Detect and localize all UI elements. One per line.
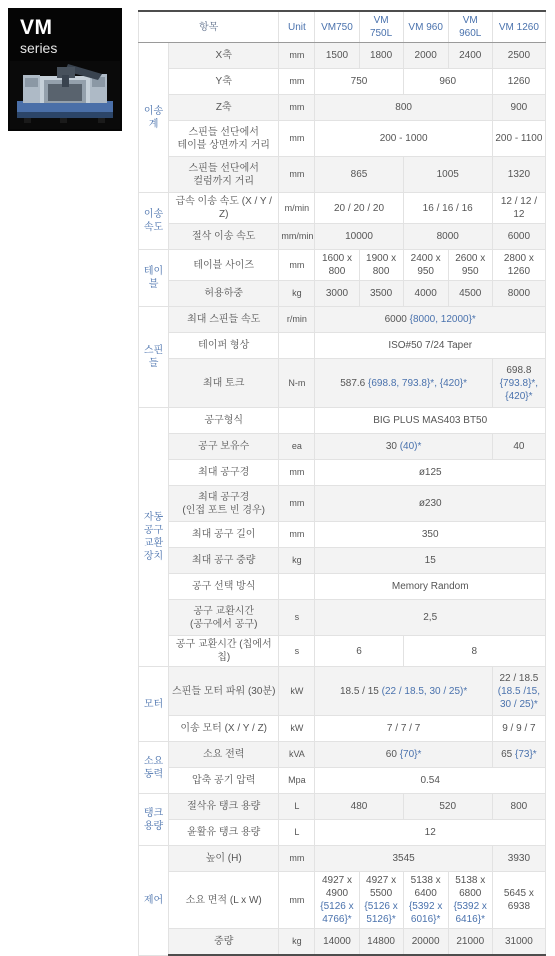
spec-value: 60 {70}* [315,742,492,768]
optional-value: {8000, 12000}* [410,314,476,325]
spec-unit: mm [279,460,315,486]
spec-row: 최대 공구경mmø125 [139,460,546,486]
spec-row: 스핀들 선단에서 테이블 상면까지 거리mm200 - 1000200 - 11… [139,121,546,157]
spec-value: 20000 [403,929,448,956]
spec-value: 2800 x 1260 [492,250,545,281]
machine-photo [10,61,120,129]
optional-value: {5126 x 5126}* [364,901,397,925]
spec-value: 30 (40)* [315,434,492,460]
spec-item-label: 절삭유 탱크 용량 [169,794,279,820]
spec-unit [279,408,315,434]
optional-value: {73}* [515,749,537,760]
spec-row: Y축mm7509601260 [139,69,546,95]
spec-value: 4000 [403,281,448,307]
spec-value: ø125 [315,460,546,486]
spec-value: 2600 x 950 [448,250,492,281]
spec-row: 자동공구 교환장치공구형식BIG PLUS MAS403 BT50 [139,408,546,434]
spec-value: 200 - 1000 [315,121,492,157]
spec-row: 공구 교환시간 (칩에서 칩)s68 [139,636,546,667]
spec-value: 10000 [315,224,403,250]
spec-value: 1005 [403,157,492,193]
spec-value: 2500 [492,43,545,69]
spec-item-label: X축 [169,43,279,69]
spec-row: 공구 선택 방식Memory Random [139,574,546,600]
spec-value: 960 [403,69,492,95]
optional-value: {5126 x 4766}* [320,901,353,925]
optional-value: {5392 x 6416}* [454,901,487,925]
spec-item-label: 테이퍼 형상 [169,333,279,359]
spec-value: 0.54 [315,768,546,794]
row-group-label: 모터 [139,667,169,742]
optional-value: (40)* [400,441,422,452]
col-header-model-3: VM 960L [448,11,492,43]
spec-unit: mm [279,43,315,69]
base-value: 5138 x 6400 [411,875,441,899]
spec-item-label: 최대 공구경 [169,460,279,486]
base-value: 30 [386,441,400,452]
spec-header-row: 항목 Unit VM750VM 750LVM 960VM 960LVM 1260 [139,11,546,43]
spec-row: 최대 공구경 (인접 포트 빈 경우)mmø230 [139,486,546,522]
spec-item-label: Z축 [169,95,279,121]
spec-item-label: Y축 [169,69,279,95]
spec-value: 6000 [492,224,545,250]
spec-unit [279,333,315,359]
spec-item-label: 소요 전력 [169,742,279,768]
spec-unit: kW [279,716,315,742]
spec-value: 1800 [359,43,403,69]
spec-value: 4927 x 5500 {5126 x 5126}* [359,872,403,929]
spec-row: 압축 공기 압력Mpa0.54 [139,768,546,794]
spec-item-label: 최대 공구 길이 [169,522,279,548]
spec-unit: mm [279,846,315,872]
spec-value: 1260 [492,69,545,95]
spec-value: 800 [315,95,492,121]
optional-value: {698.8, 793.8}*, {420}* [368,378,467,389]
spec-row: 소요 면적 (L x W)mm4927 x 4900 {5126 x 4766}… [139,872,546,929]
spec-item-label: 스핀들 모터 파워 (30분) [169,667,279,716]
spec-value: 4927 x 4900 {5126 x 4766}* [315,872,359,929]
spec-value: 3545 [315,846,492,872]
spec-value: 3930 [492,846,545,872]
col-header-model-0: VM750 [315,11,359,43]
spec-value: 1600 x 800 [315,250,359,281]
spec-value: 6000 {8000, 12000}* [315,307,546,333]
spec-item-label: 최대 토크 [169,359,279,408]
spec-value: 587.6 {698.8, 793.8}*, {420}* [315,359,492,408]
spec-item-label: 절삭 이송 속도 [169,224,279,250]
spec-value: 800 [492,794,545,820]
base-value: 587.6 [340,378,368,389]
spec-unit: kg [279,548,315,574]
col-header-model-2: VM 960 [403,11,448,43]
spec-value: 5138 x 6800 {5392 x 6416}* [448,872,492,929]
spec-row: 스핀들 선단에서 컬럼까지 거리mm86510051320 [139,157,546,193]
base-value: 65 [501,749,515,760]
spec-table: 항목 Unit VM750VM 750LVM 960VM 960LVM 1260… [138,10,546,956]
spec-value: 21000 [448,929,492,956]
spec-item-label: 중량 [169,929,279,956]
spec-unit: N-m [279,359,315,408]
spec-value: 1320 [492,157,545,193]
spec-item-label: 소요 면적 (L x W) [169,872,279,929]
spec-unit: kW [279,667,315,716]
spec-value: 5138 x 6400 {5392 x 6016}* [403,872,448,929]
spec-item-label: 최대 스핀들 속도 [169,307,279,333]
row-group-label: 소요 동력 [139,742,169,794]
spec-item-label: 공구 보유수 [169,434,279,460]
spec-row: 이송계X축mm15001800200024002500 [139,43,546,69]
spec-value: BIG PLUS MAS403 BT50 [315,408,546,434]
spec-value: 18.5 / 15 (22 / 18.5, 30 / 25)* [315,667,492,716]
spec-value: 8 [403,636,545,667]
spec-value: 12 [315,820,546,846]
spec-value: 14000 [315,929,359,956]
spec-value: 865 [315,157,403,193]
spec-value: 8000 [403,224,492,250]
spec-row: 탱크 용량절삭유 탱크 용량L480520800 [139,794,546,820]
spec-value: 6 [315,636,403,667]
spec-row: 허용하중kg30003500400045008000 [139,281,546,307]
spec-item-label: 공구형식 [169,408,279,434]
series-title: VM [8,8,122,39]
spec-row: 이송 모터 (X / Y / Z)kW7 / 7 / 79 / 9 / 7 [139,716,546,742]
row-group-label: 자동공구 교환장치 [139,408,169,667]
spec-item-label: 급속 이송 속도 (X / Y / Z) [169,193,279,224]
spec-row: 모터스핀들 모터 파워 (30분)kW18.5 / 15 (22 / 18.5,… [139,667,546,716]
spec-value: 750 [315,69,403,95]
spec-value: 480 [315,794,403,820]
spec-item-label: 윤활유 탱크 용량 [169,820,279,846]
spec-unit: m/min [279,193,315,224]
spec-item-label: 최대 공구경 (인접 포트 빈 경우) [169,486,279,522]
spec-unit: kVA [279,742,315,768]
base-value: 18.5 / 15 [340,686,382,697]
spec-item-label: 스핀들 선단에서 테이블 상면까지 거리 [169,121,279,157]
col-header-model-4: VM 1260 [492,11,545,43]
spec-value: 698.8 {793.8}*, {420}* [492,359,545,408]
spec-value: 4500 [448,281,492,307]
base-value: 22 / 18.5 [499,673,538,684]
spec-unit [279,574,315,600]
spec-item-label: 최대 공구 중량 [169,548,279,574]
spec-value: 1900 x 800 [359,250,403,281]
row-group-label: 제어 [139,846,169,956]
spec-unit: mm [279,250,315,281]
spec-unit: mm [279,522,315,548]
spec-value: 3000 [315,281,359,307]
spec-row: 최대 토크N-m587.6 {698.8, 793.8}*, {420}*698… [139,359,546,408]
spec-row: 최대 공구 길이mm350 [139,522,546,548]
spec-unit: mm [279,95,315,121]
base-value: 5138 x 6800 [455,875,485,899]
spec-value: 15 [315,548,546,574]
row-group-label: 탱크 용량 [139,794,169,846]
spec-row: 절삭 이송 속도mm/min1000080006000 [139,224,546,250]
base-value: 698.8 [506,365,531,376]
spec-value: 350 [315,522,546,548]
spec-unit: mm [279,872,315,929]
spec-value: 31000 [492,929,545,956]
spec-value: 2400 [448,43,492,69]
spec-row: 테이블테이블 사이즈mm1600 x 8001900 x 8002400 x 9… [139,250,546,281]
spec-value: 9 / 9 / 7 [492,716,545,742]
vm-series-panel: VM series [8,8,122,131]
spec-value: 12 / 12 / 12 [492,193,545,224]
optional-value: (22 / 18.5, 30 / 25)* [382,686,468,697]
spec-item-label: 스핀들 선단에서 컬럼까지 거리 [169,157,279,193]
optional-value: {5392 x 6016}* [409,901,442,925]
spec-value: 2400 x 950 [403,250,448,281]
spec-value: 65 {73}* [492,742,545,768]
spec-item-label: 테이블 사이즈 [169,250,279,281]
base-value: 60 [386,749,400,760]
row-group-label: 이송계 [139,43,169,193]
spec-row: 이송속도급속 이송 속도 (X / Y / Z)m/min20 / 20 / 2… [139,193,546,224]
row-group-label: 테이블 [139,250,169,307]
spec-unit: mm [279,121,315,157]
spec-row: 테이퍼 형상ISO#50 7/24 Taper [139,333,546,359]
row-group-label: 스핀들 [139,307,169,408]
spec-unit: mm/min [279,224,315,250]
spec-value: 40 [492,434,545,460]
series-subtitle: series [8,39,122,56]
spec-item-label: 압축 공기 압력 [169,768,279,794]
spec-value: 20 / 20 / 20 [315,193,403,224]
spec-row: Z축mm800900 [139,95,546,121]
spec-item-label: 이송 모터 (X / Y / Z) [169,716,279,742]
spec-unit: mm [279,69,315,95]
spec-value: 900 [492,95,545,121]
spec-unit: ea [279,434,315,460]
spec-unit: kg [279,929,315,956]
spec-unit: mm [279,157,315,193]
spec-row: 소요 동력소요 전력kVA60 {70}*65 {73}* [139,742,546,768]
spec-unit: mm [279,486,315,522]
spec-item-label: 공구 교환시간 (칩에서 칩) [169,636,279,667]
col-header-item: 항목 [139,11,279,43]
spec-row: 스핀들최대 스핀들 속도r/min6000 {8000, 12000}* [139,307,546,333]
spec-value: 16 / 16 / 16 [403,193,492,224]
spec-row: 중량kg1400014800200002100031000 [139,929,546,956]
spec-value: 1500 [315,43,359,69]
spec-unit: s [279,600,315,636]
optional-value: {70}* [400,749,422,760]
spec-value: 3500 [359,281,403,307]
col-header-unit: Unit [279,11,315,43]
spec-value: ISO#50 7/24 Taper [315,333,546,359]
spec-row: 공구 교환시간 (공구에서 공구)s2,5 [139,600,546,636]
spec-value: 22 / 18.5 (18.5 /15, 30 / 25)* [492,667,545,716]
spec-unit: r/min [279,307,315,333]
spec-row: 공구 보유수ea30 (40)*40 [139,434,546,460]
spec-unit: Mpa [279,768,315,794]
spec-item-label: 허용하중 [169,281,279,307]
spec-item-label: 높이 (H) [169,846,279,872]
base-value: 4927 x 4900 [322,875,352,899]
optional-value: {793.8}*, {420}* [500,378,538,402]
row-group-label: 이송속도 [139,193,169,250]
spec-row: 제어높이 (H)mm35453930 [139,846,546,872]
spec-value: 5645 x 6938 [492,872,545,929]
spec-value: 2,5 [315,600,546,636]
spec-value: 520 [403,794,492,820]
spec-table-body: 이송계X축mm15001800200024002500Y축mm750960126… [139,43,546,956]
spec-value: 200 - 1100 [492,121,545,157]
spec-item-label: 공구 교환시간 (공구에서 공구) [169,600,279,636]
spec-row: 최대 공구 중량kg15 [139,548,546,574]
spec-value: 8000 [492,281,545,307]
spec-unit: L [279,794,315,820]
spec-item-label: 공구 선택 방식 [169,574,279,600]
optional-value: (18.5 /15, 30 / 25)* [498,686,540,710]
spec-unit: s [279,636,315,667]
spec-unit: L [279,820,315,846]
spec-value: 14800 [359,929,403,956]
base-value: 6000 [385,314,410,325]
spec-row: 윤활유 탱크 용량L12 [139,820,546,846]
base-value: 4927 x 5500 [366,875,396,899]
spec-unit: kg [279,281,315,307]
col-header-model-1: VM 750L [359,11,403,43]
spec-value: Memory Random [315,574,546,600]
spec-value: 7 / 7 / 7 [315,716,492,742]
spec-value: ø230 [315,486,546,522]
spec-value: 2000 [403,43,448,69]
